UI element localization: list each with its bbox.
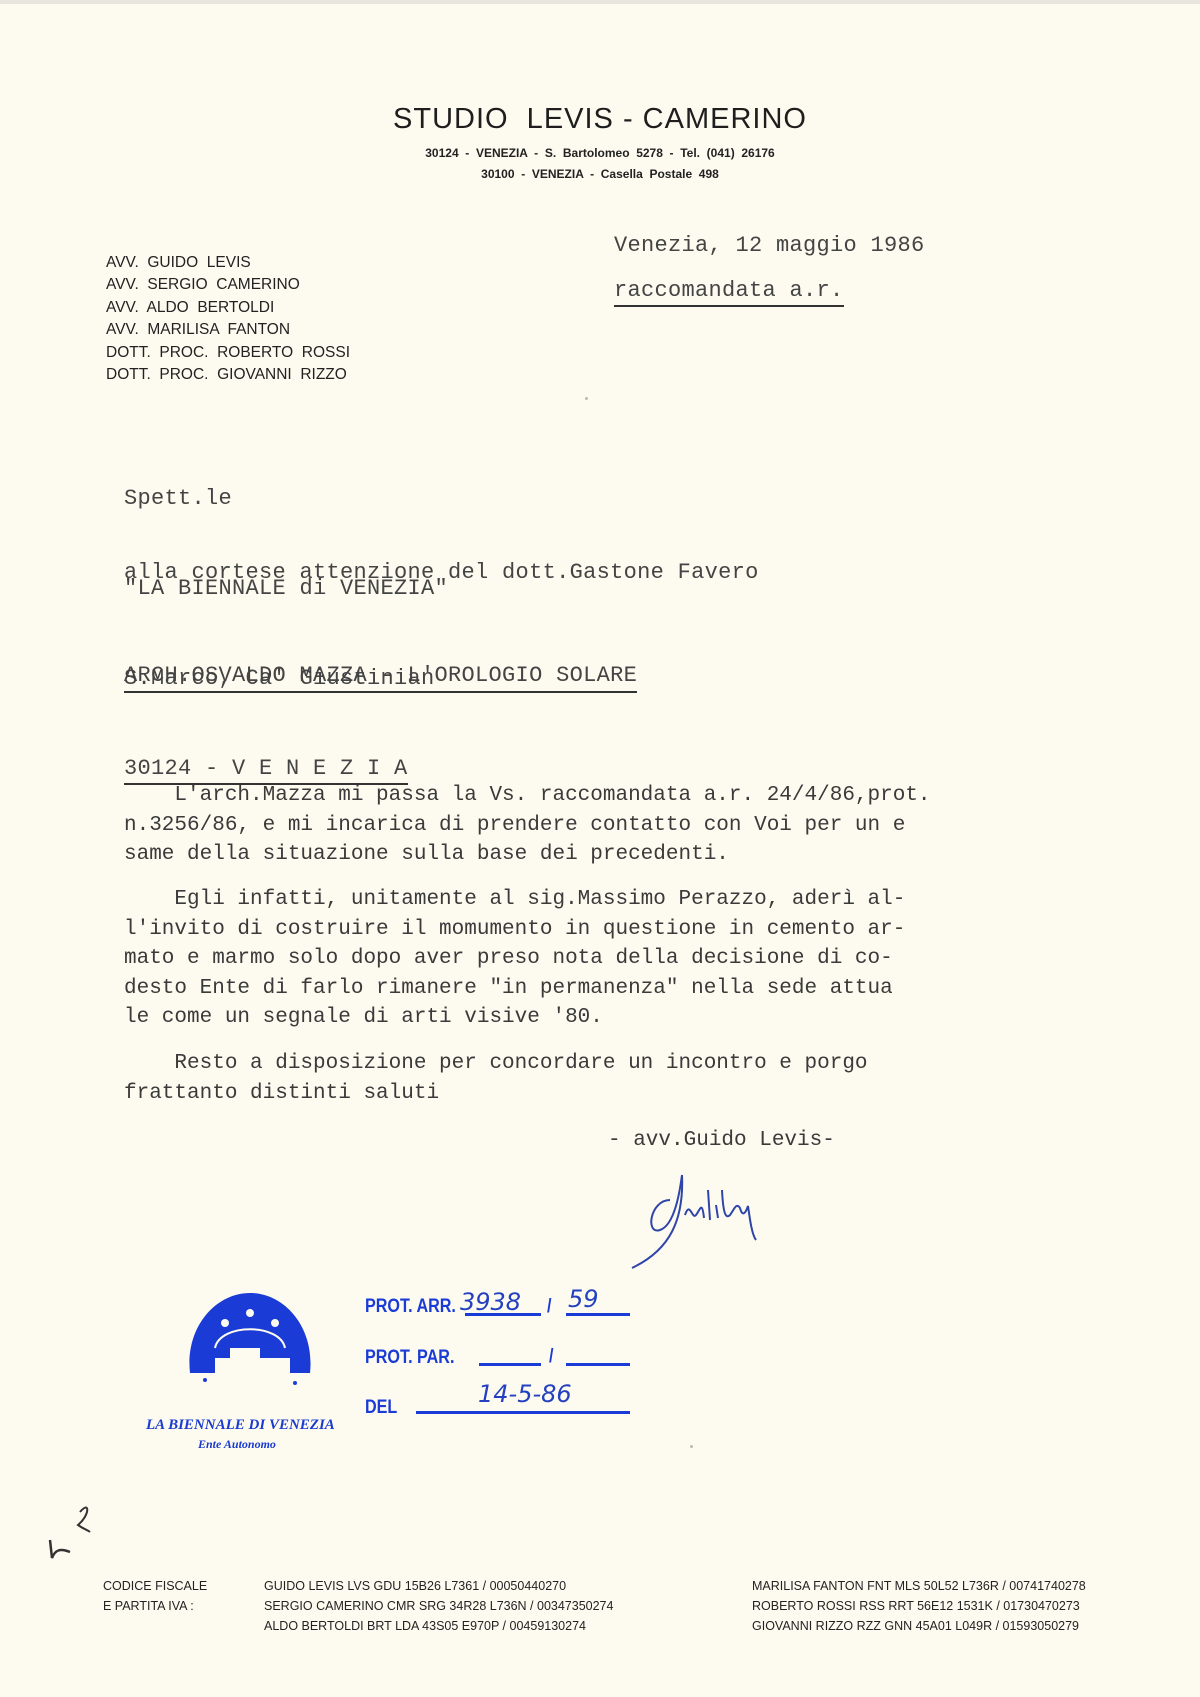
body-paragraph-3: Resto a disposizione per concordare un i… [124,1049,868,1108]
firm-address: 30124 - VENEZIA - S. Bartolomeo 5278 - T… [0,146,1200,160]
prot-par-number-line [479,1363,541,1366]
footer-tax-entry: GIOVANNI RIZZO RZZ GNN 45A01 L049R / 015… [752,1616,1086,1636]
partners-list: AVV. GUIDO LEVIS AVV. SERGIO CAMERINO AV… [106,252,350,386]
prot-arr-number: 3938 [460,1288,521,1316]
del-date: 14-5-86 [478,1380,572,1408]
footer-tax-entry: ROBERTO ROSSI RSS RRT 56E12 1531K / 0173… [752,1596,1086,1616]
footer-label-line: E PARTITA IVA : [103,1596,207,1616]
handwritten-signature [630,1160,830,1270]
prot-par-suffix-line [566,1363,630,1366]
paper-speck [690,1445,693,1448]
prot-par-separator: / [549,1346,553,1368]
partner-item: AVV. GUIDO LEVIS [106,252,350,274]
del-label: DEL [365,1397,397,1419]
recipient-block: Spett.le "LA BIENNALE di VENEZIA" S.Marc… [124,424,448,815]
biennale-logo-stamp [185,1288,315,1398]
firm-po-box: 30100 - VENEZIA - Casella Postale 498 [0,167,1200,181]
partner-item: AVV. MARILISA FANTON [106,319,350,341]
delivery-method: raccomandata a.r. [614,278,844,307]
partner-item: DOTT. PROC. ROBERTO ROSSI [106,342,350,364]
paper-speck [585,397,588,400]
footer-tax-entry: MARILISA FANTON FNT MLS 50L52 L736R / 00… [752,1576,1086,1596]
prot-arr-label: PROT. ARR. [365,1296,456,1318]
subject-line: ARCH.OSVALDO MAZZA - L'OROLOGIO SOLARE [124,663,637,693]
letter-date: Venezia, 12 maggio 1986 [614,233,925,258]
stamp-org-sub: Ente Autonomo [198,1437,276,1452]
stamp-org-caption: LA BIENNALE DI VENEZIA [146,1417,335,1434]
partner-item: DOTT. PROC. GIOVANNI RIZZO [106,364,350,386]
page-edge [0,0,1200,4]
prot-par-label: PROT. PAR. [365,1347,454,1369]
prot-arr-separator: / [547,1296,551,1318]
firm-name: STUDIO LEVIS - CAMERINO [0,103,1200,136]
footer-label-line: CODICE FISCALE [103,1576,207,1596]
body-paragraph-1: L'arch.Mazza mi passa la Vs. raccomandat… [124,781,931,870]
footer-tax-entry: SERGIO CAMERINO CMR SRG 34R28 L736N / 00… [264,1596,613,1616]
partner-item: AVV. ALDO BERTOLDI [106,297,350,319]
body-paragraph-2: Egli infatti, unitamente al sig.Massimo … [124,885,905,1033]
attention-line: alla cortese attenzione del dott.Gastone… [124,560,759,585]
prot-arr-suffix: 59 [568,1285,599,1313]
footer-tax-entry: ALDO BERTOLDI BRT LDA 43S05 E970P / 0045… [264,1616,613,1636]
signoff-name: - avv.Guido Levis- [608,1126,835,1156]
pencil-marks [40,1500,140,1580]
footer-tax-label: CODICE FISCALE E PARTITA IVA : [103,1576,207,1616]
footer-tax-column-1: GUIDO LEVIS LVS GDU 15B26 L7361 / 000504… [264,1576,613,1636]
footer-tax-column-2: MARILISA FANTON FNT MLS 50L52 L736R / 00… [752,1576,1086,1636]
footer-tax-entry: GUIDO LEVIS LVS GDU 15B26 L7361 / 000504… [264,1576,613,1596]
prot-arr-suffix-line [566,1313,630,1316]
recipient-salutation: Spett.le [124,484,448,514]
partner-item: AVV. SERGIO CAMERINO [106,274,350,296]
del-date-line [416,1411,630,1414]
